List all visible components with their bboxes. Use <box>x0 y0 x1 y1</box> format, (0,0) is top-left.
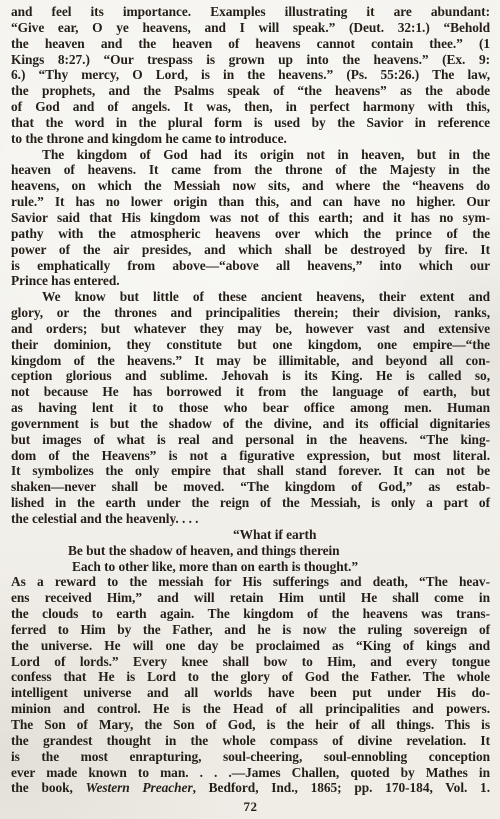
poem-quotation: “What if earthBe but the shadow of heave… <box>11 527 490 575</box>
text-line: confess that He is Lord to the glory of … <box>11 669 490 685</box>
text-line: ception glorious and sublime. Jehovah is… <box>11 368 490 384</box>
text-line: Kings 8:27.) “Our trespass is grown up i… <box>11 52 490 68</box>
text-line: It symbolizes the only empire that shall… <box>11 463 490 479</box>
text-line: lished in the earth under the reign of t… <box>11 495 490 511</box>
text-line: intelligent universe and all worlds have… <box>11 685 490 701</box>
text-line: of God and of angels. It was, then, in p… <box>11 99 490 115</box>
text-line: “Give ear, O ye heavens, and I will spea… <box>11 20 490 36</box>
text-line: and orders; but whatever they may be, ho… <box>11 321 490 337</box>
text-line: the celestial and the heavenly. . . . <box>11 511 490 527</box>
text-line: shaken—never shall be moved. “The kingdo… <box>11 479 490 495</box>
paragraph-reward-messiah: As a reward to the messiah for His suffe… <box>11 574 490 780</box>
text-line: is emphatically from above—“above all he… <box>11 258 490 274</box>
text-line: the clouds to earth again. The kingdom o… <box>11 606 490 622</box>
text-line: not because He has borrowed it from the … <box>11 384 490 400</box>
paragraph-ancient-heavens: We know but little of these ancient heav… <box>11 289 490 527</box>
text-line: that the word in the plural form is used… <box>11 115 490 131</box>
text-line: to the throne and kingdom he came to int… <box>11 131 490 147</box>
text-line: their dominion, they constitute but one … <box>11 337 490 353</box>
text-line: ens received Him,” and will retain Him u… <box>11 590 490 606</box>
text-line: the universe. He will one day be proclai… <box>11 638 490 654</box>
text-line: Prince has entered. <box>11 273 490 289</box>
text-line: The Son of Mary, the Son of God, is the … <box>11 717 490 733</box>
text-line: power of the air presides, and which sha… <box>11 242 490 258</box>
text-line: minion and control. He is the Head of al… <box>11 701 490 717</box>
text-line: rule.” It has no lower origin than this,… <box>11 194 490 210</box>
text-line: We know but little of these ancient heav… <box>11 289 490 305</box>
text-line: Be but the shadow of heaven, and things … <box>11 543 490 559</box>
text-line: as having lent it to those who bear offi… <box>11 400 490 416</box>
text-line: “What if earth <box>11 527 490 543</box>
text-line: Each to other like, more than on earth i… <box>11 559 490 575</box>
text-line: dom of the Heavens” is not a figurative … <box>11 448 490 464</box>
text-line: heavens, on which the Messiah now sits, … <box>11 178 490 194</box>
paragraph-kingdom-origin: The kingdom of God had its origin not in… <box>11 147 490 290</box>
text-line: but images of what is real and personal … <box>11 432 490 448</box>
text-line: the prophets, and the Psalms speak of “t… <box>11 83 490 99</box>
citation-pre-text: the book, <box>11 780 86 795</box>
text-line: Lord of lords.” Every knee shall bow to … <box>11 654 490 670</box>
text-line: The kingdom of God had its origin not in… <box>11 147 490 163</box>
text-line: ever made known to man. . . .—James Chal… <box>11 765 490 781</box>
text-line: pathy with the atmospheric heavens over … <box>11 226 490 242</box>
text-line: As a reward to the messiah for His suffe… <box>11 574 490 590</box>
citation-post-text: , Bedford, Ind., 1865; pp. 170-184, Vol.… <box>193 780 490 795</box>
text-line: heaven of heavens. It came from the thro… <box>11 162 490 178</box>
citation-book-title: Western Preacher <box>86 780 193 795</box>
text-line: the heaven and the heaven of heavens can… <box>11 36 490 52</box>
text-line: glory, or the thrones and principalities… <box>11 305 490 321</box>
paragraph-examples-abundant: and feel its importance. Examples illust… <box>11 4 490 147</box>
text-line: the grandest thought in the whole compas… <box>11 733 490 749</box>
page-number: 72 <box>11 799 490 815</box>
text-line: is the most enrapturing, soul-cheering, … <box>11 749 490 765</box>
citation-line: the book, Western Preacher, Bedford, Ind… <box>11 780 490 796</box>
text-line: ferred to Him by the Father, and he is n… <box>11 622 490 638</box>
text-line: and feel its importance. Examples illust… <box>11 4 490 20</box>
text-line: Savior said that His kingdom was not of … <box>11 210 490 226</box>
scanned-book-page: and feel its importance. Examples illust… <box>0 0 500 819</box>
text-line: kingdom of the heavens.” It may be illim… <box>11 353 490 369</box>
text-line: 6.) “Thy mercy, O Lord, is in the heaven… <box>11 67 490 83</box>
text-line: government is but the shadow of the divi… <box>11 416 490 432</box>
